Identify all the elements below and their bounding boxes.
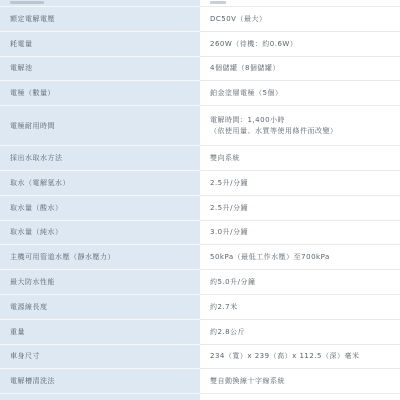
table-row: 主機可用管道水壓（靜水壓力）50kPa（最低工作水壓）至700kPa <box>0 245 400 270</box>
spec-label: 主機可用管道水壓（靜水壓力） <box>0 245 200 270</box>
spec-value-text-line2: （依使用量、水質等使用條件而改變） <box>210 126 396 136</box>
spec-label: 取水量（純水） <box>0 221 200 246</box>
spec-value <box>200 394 400 400</box>
spec-label: 電解池 <box>0 57 200 82</box>
spec-value-text: 雙自動換線十字線系統 <box>210 376 396 386</box>
spec-value: 雙向系統 <box>200 146 400 171</box>
spec-value-text: 2.5升/分鐘 <box>210 178 396 188</box>
spec-value: 雙自動換線十字線系統 <box>200 369 400 394</box>
spec-value: 約2.8公斤 <box>200 320 400 345</box>
spec-label: 耗電量 <box>0 32 200 57</box>
clipped-text-remnant <box>210 1 226 4</box>
spec-value: 2.5升/分鐘 <box>200 171 400 196</box>
table-row: 電解池4個儲罐（8個儲罐） <box>0 57 400 82</box>
spec-value-text: 鉑金塗層電極（5個） <box>210 88 396 98</box>
spec-value-text: 260W（待機：約0.6W） <box>210 39 396 49</box>
spec-label: 車身尺寸 <box>0 345 200 370</box>
spec-value-text: DC50V（最大） <box>210 14 396 24</box>
table-row: 電極耐用時間電解時間：1,400小時（依使用量、水質等使用條件而改變） <box>0 106 400 146</box>
spec-label: 取水量（酸水） <box>0 196 200 221</box>
spec-value-text: 約2.8公斤 <box>210 327 396 337</box>
spec-label: 取水（電解氫水） <box>0 171 200 196</box>
spec-table: 額定電解電壓DC50V（最大）耗電量260W（待機：約0.6W）電解池4個儲罐（… <box>0 0 400 400</box>
spec-value <box>200 0 400 7</box>
table-row <box>0 394 400 400</box>
spec-label: 電源線長度 <box>0 295 200 320</box>
spec-value: 約5.0升/分鐘 <box>200 270 400 295</box>
spec-value: 50kPa（最低工作水壓）至700kPa <box>200 245 400 270</box>
spec-value-text: 50kPa（最低工作水壓）至700kPa <box>210 252 396 262</box>
spec-label: 採出水取水方法 <box>0 146 200 171</box>
spec-value: 2.5升/分鐘 <box>200 196 400 221</box>
table-row: 電源線長度約2.7米 <box>0 295 400 320</box>
spec-label: 重量 <box>0 320 200 345</box>
spec-value-text: 電解時間：1,400小時 <box>210 115 396 125</box>
spec-label: 額定電解電壓 <box>0 7 200 32</box>
spec-value-text: 約5.0升/分鐘 <box>210 277 396 287</box>
table-row: 額定電解電壓DC50V（最大） <box>0 7 400 32</box>
spec-value: 電解時間：1,400小時（依使用量、水質等使用條件而改變） <box>200 106 400 146</box>
spec-value: 4個儲罐（8個儲罐） <box>200 57 400 82</box>
spec-value: DC50V（最大） <box>200 7 400 32</box>
spec-value-text: 約2.7米 <box>210 302 396 312</box>
table-row: 重量約2.8公斤 <box>0 320 400 345</box>
spec-value-text: 2.5升/分鐘 <box>210 203 396 213</box>
spec-value-text: 3.0升/分鐘 <box>210 227 396 237</box>
spec-value: 鉑金塗層電極（5個） <box>200 81 400 106</box>
table-row <box>0 0 400 7</box>
table-row: 電極（數量）鉑金塗層電極（5個） <box>0 81 400 106</box>
table-row: 電解槽清洗法雙自動換線十字線系統 <box>0 369 400 394</box>
spec-value-text: 4個儲罐（8個儲罐） <box>210 63 396 73</box>
table-row: 取水量（純水）3.0升/分鐘 <box>0 221 400 246</box>
table-row: 採出水取水方法雙向系統 <box>0 146 400 171</box>
spec-value-text: 雙向系統 <box>210 153 396 163</box>
spec-label <box>0 394 200 400</box>
spec-label: 電極耐用時間 <box>0 106 200 146</box>
table-row: 車身尺寸234（寬）x 239（高）x 112.5（深）毫米 <box>0 345 400 370</box>
table-row: 取水（電解氫水）2.5升/分鐘 <box>0 171 400 196</box>
spec-value: 234（寬）x 239（高）x 112.5（深）毫米 <box>200 345 400 370</box>
spec-label: 最大防水性能 <box>0 270 200 295</box>
table-row: 最大防水性能約5.0升/分鐘 <box>0 270 400 295</box>
clipped-text-remnant <box>10 1 44 4</box>
table-row: 取水量（酸水）2.5升/分鐘 <box>0 196 400 221</box>
spec-value: 3.0升/分鐘 <box>200 221 400 246</box>
spec-label: 電解槽清洗法 <box>0 369 200 394</box>
table-row: 耗電量260W（待機：約0.6W） <box>0 32 400 57</box>
spec-value: 約2.7米 <box>200 295 400 320</box>
spec-label: 電極（數量） <box>0 81 200 106</box>
spec-label <box>0 0 200 7</box>
spec-value: 260W（待機：約0.6W） <box>200 32 400 57</box>
spec-value-text: 234（寬）x 239（高）x 112.5（深）毫米 <box>210 351 396 361</box>
